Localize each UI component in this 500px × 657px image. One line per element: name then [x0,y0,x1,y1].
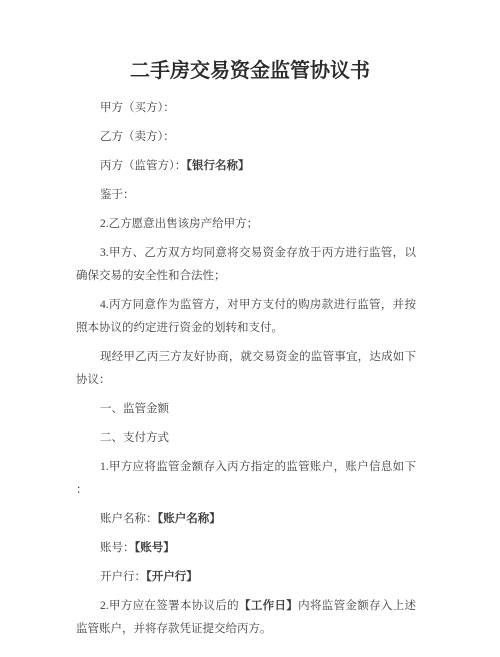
text-line: 鉴于： [76,184,416,207]
text-line: ： [76,479,416,502]
para-preamble: 现经甲乙丙三方友好协商，就交易资金的监管事宜，达成如下 协议： [76,346,416,392]
para-party-c: 丙方（监管方）：【银行名称】 [76,155,416,178]
text-line: 照本协议的约定进行资金的划转和支付。 [76,317,416,340]
para-party-b: 乙方（卖方）： [76,126,416,149]
text-line: 3.甲方、乙方双方均同意将交易资金存放于丙方进行监管，以 [76,242,416,265]
text-line: 协议： [76,369,416,392]
text-line: 2.甲方应在签署本协议后的【工作日】内将监管金额存入上述 [76,595,416,618]
heading-section-1: 一、监管金额 [76,398,416,421]
para-clause-2: 2.甲方应在签署本协议后的【工作日】内将监管金额存入上述 监管账户，并将存款凭证… [76,595,416,641]
document-body: 甲方（买方）： 乙方（卖方）： 丙方（监管方）：【银行名称】 鉴于： 2.乙方愿… [76,97,416,641]
para-account-number: 账号：【账号】 [76,537,416,560]
document-page: 二手房交易资金监管协议书 甲方（买方）： 乙方（卖方）： 丙方（监管方）：【银行… [0,0,500,657]
text-line: 4.丙方同意作为监管方，对甲方支付的购房款进行监管，并按 [76,294,416,317]
text-line: 现经甲乙丙三方友好协商，就交易资金的监管事宜，达成如下 [76,346,416,369]
para-clause-1: 1.甲方应将监管金额存入丙方指定的监管账户，账户信息如下 ： [76,456,416,502]
para-recital-4: 4.丙方同意作为监管方，对甲方支付的购房款进行监管，并按 照本协议的约定进行资金… [76,294,416,340]
para-party-a: 甲方（买方）： [76,97,416,120]
para-recital-2: 2.乙方愿意出售该房产给甲方； [76,213,416,236]
text-line: 丙方（监管方）：【银行名称】 [76,155,416,178]
text-line: 二、支付方式 [76,427,416,450]
heading-section-2: 二、支付方式 [76,427,416,450]
text-line: 账户名称：【账户名称】 [76,508,416,531]
para-account-name: 账户名称：【账户名称】 [76,508,416,531]
document-title: 二手房交易资金监管协议书 [0,58,500,84]
para-recital-3: 3.甲方、乙方双方均同意将交易资金存放于丙方进行监管，以 确保交易的安全性和合法… [76,242,416,288]
text-line: 1.甲方应将监管金额存入丙方指定的监管账户，账户信息如下 [76,456,416,479]
para-bank-branch: 开户行：【开户行】 [76,566,416,589]
text-line: 账号：【账号】 [76,537,416,560]
text-line: 2.乙方愿意出售该房产给甲方； [76,213,416,236]
text-line: 乙方（卖方）： [76,126,416,149]
text-line: 开户行：【开户行】 [76,566,416,589]
text-line: 甲方（买方）： [76,97,416,120]
para-whereas: 鉴于： [76,184,416,207]
text-line: 确保交易的安全性和合法性； [76,265,416,288]
text-line: 一、监管金额 [76,398,416,421]
text-line: 监管账户，并将存款凭证提交给丙方。 [76,618,416,641]
